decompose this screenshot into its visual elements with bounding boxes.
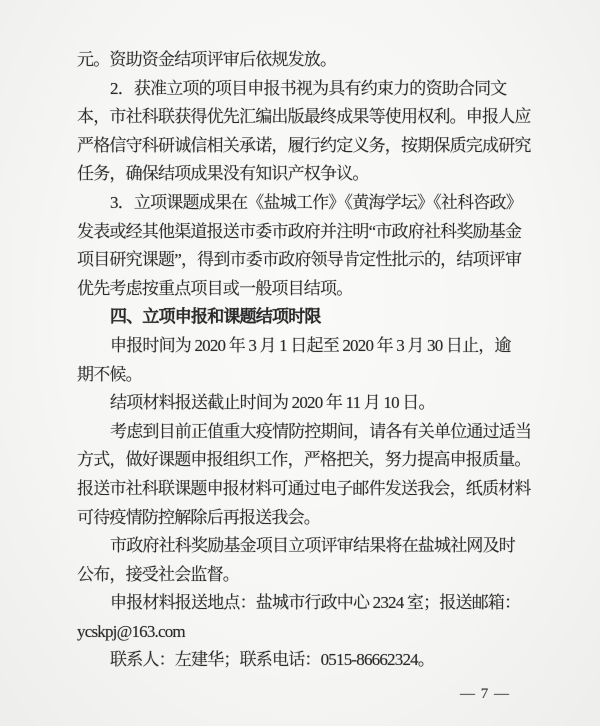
scanned-document-page: 元。资助资金结项评审后依规发放。2．获准立项的项目申报书视为具有约束力的资助合同…	[0, 0, 600, 726]
document-text-line: 2．获准立项的项目申报书视为具有约束力的资助合同文	[77, 75, 528, 104]
document-text-line: 结项材料报送截止时间为 2020 年 11 月 10 日。	[77, 389, 528, 418]
document-text-line: 严格信守科研诚信相关承诺，履行约定义务，按期保质完成研究	[77, 132, 528, 161]
document-text-line: 3．立项课题成果在《盐城工作》《黄海学坛》《社科咨政》	[77, 189, 528, 218]
document-body: 元。资助资金结项评审后依规发放。2．获准立项的项目申报书视为具有约束力的资助合同…	[77, 46, 528, 675]
document-text-line: 本，市社科联获得优先汇编出版最终成果等使用权利。申报人应	[77, 103, 528, 132]
document-text-line: 方式，做好课题申报组织工作，严格把关，努力提高申报质量。	[77, 446, 528, 475]
document-text-line: 公布，接受社会监督。	[77, 561, 528, 590]
document-text-line: 元。资助资金结项评审后依规发放。	[77, 46, 528, 75]
document-text-line: 申报时间为 2020 年 3 月 1 日起至 2020 年 3 月 30 日止，…	[77, 332, 528, 361]
document-text-line: 可待疫情防控解除后再报送我会。	[77, 504, 528, 533]
document-text-line: 联系人：左建华；联系电话：0515-86662324。	[77, 646, 528, 675]
page-number: — 7 —	[460, 686, 510, 703]
document-text-line: 市政府社科奖励基金项目立项评审结果将在盐城社网及时	[77, 532, 528, 561]
document-text-line: 任务，确保结项成果没有知识产权争议。	[77, 160, 528, 189]
document-text-line: 报送市社科联课题申报材料可通过电子邮件发送我会，纸质材料	[77, 475, 528, 504]
document-text-line: 发表或经其他渠道报送市委市政府并注明“市政府社科奖励基金	[77, 218, 528, 247]
document-text-line: 期不候。	[77, 361, 528, 390]
document-text-line: 申报材料报送地点：盐城市行政中心 2324 室；报送邮箱：	[77, 589, 528, 618]
document-text-line: 项目研究课题”，得到市委市政府领导肯定性批示的，结项评审	[77, 246, 528, 275]
document-text-line: 优先考虑按重点项目或一般项目结项。	[77, 275, 528, 304]
document-text-line: ycskpj@163.com	[77, 618, 528, 647]
document-text-line: 考虑到目前正值重大疫情防控期间，请各有关单位通过适当	[77, 418, 528, 447]
section-heading-line: 四、立项申报和课题结项时限	[77, 303, 528, 332]
